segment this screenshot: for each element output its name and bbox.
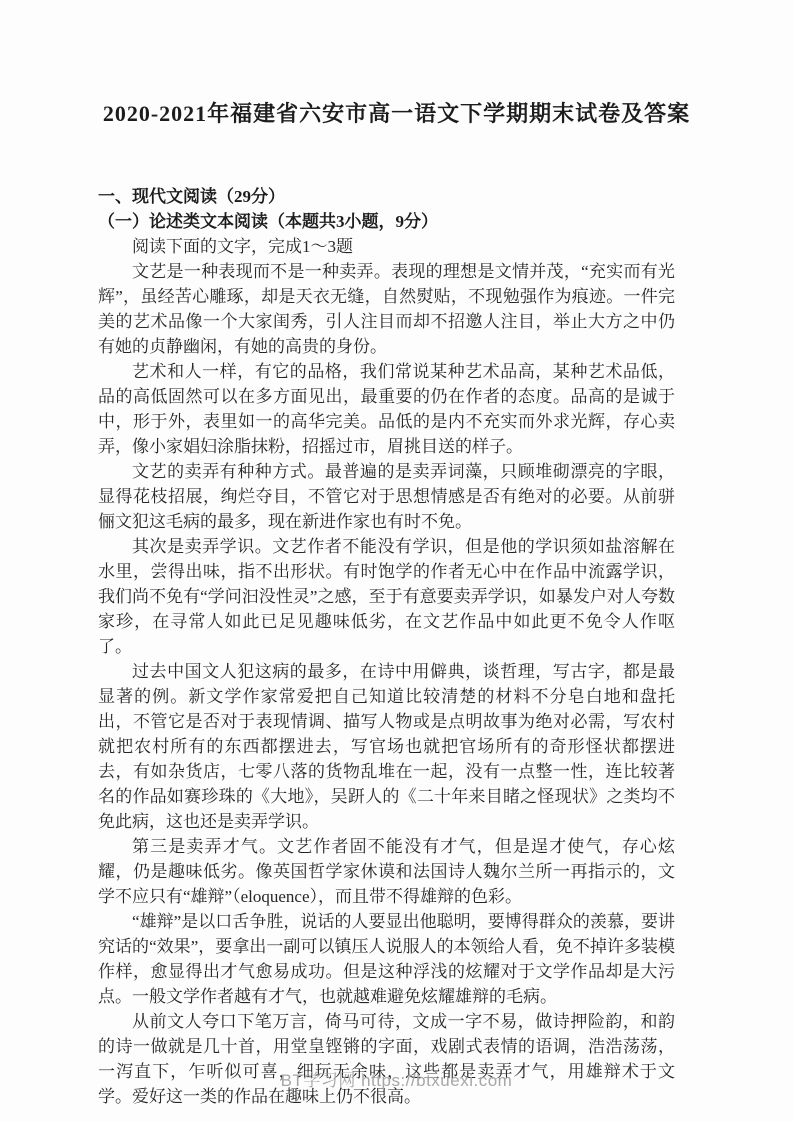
body-paragraph: 从前文人夸口下笔万言，倚马可待，文成一字不易，做诗押险韵，和韵的诗一做就是几十首… xyxy=(98,1009,675,1109)
section-heading-modern-text-reading: 一、现代文阅读（29分） xyxy=(98,184,675,209)
body-paragraph: 艺术和人一样，有它的品格，我们常说某种艺术品高，某种艺术品低，品的高低固然可以在… xyxy=(98,359,675,459)
subsection-heading-discursive-text: （一）论述类文本阅读（本题共3小题，9分） xyxy=(98,209,675,234)
reading-instruction: 阅读下面的文字，完成1～3题 xyxy=(98,234,675,259)
body-paragraph: 文艺的卖弄有种种方式。最普遍的是卖弄词藻，只顾堆砌漂亮的字眼，显得花枝招展，绚烂… xyxy=(98,459,675,534)
body-paragraph: 文艺是一种表现而不是一种卖弄。表现的理想是文情并茂，“充实而有光辉”，虽经苦心雕… xyxy=(98,259,675,359)
body-paragraph: “雄辩”是以口舌争胜，说话的人要显出他聪明，要博得群众的羡慕，要讲究话的“效果”… xyxy=(98,909,675,1009)
document-body: 一、现代文阅读（29分） （一）论述类文本阅读（本题共3小题，9分） 阅读下面的… xyxy=(98,184,675,1109)
document-page: 2020-2021年福建省六安市高一语文下学期期末试卷及答案 一、现代文阅读（2… xyxy=(0,0,793,1122)
body-paragraph: 第三是卖弄才气。文艺作者固不能没有才气，但是逞才使气，存心炫耀，仍是趣味低劣。像… xyxy=(98,834,675,909)
document-title: 2020-2021年福建省六安市高一语文下学期期末试卷及答案 xyxy=(0,97,793,128)
body-paragraph: 过去中国文人犯这病的最多，在诗中用僻典，谈哲理，写古字，都是最显著的例。新文学作… xyxy=(98,659,675,834)
watermark-site-link: BT学习网 https://btxuexi.com xyxy=(0,1066,793,1091)
body-paragraph: 其次是卖弄学识。文艺作者不能没有学识，但是他的学识须如盐溶解在水里，尝得出味，指… xyxy=(98,534,675,659)
